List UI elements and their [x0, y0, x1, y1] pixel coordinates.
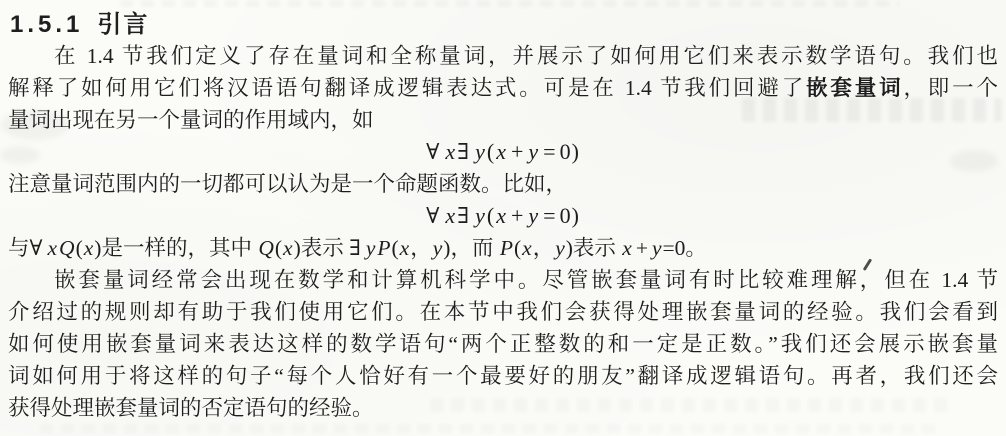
text-segment: =0。: [663, 236, 707, 260]
text-line: 注意量词范围内的一切都可以认为是一个命题函数。比如，: [8, 168, 998, 200]
math-variable: y: [527, 139, 540, 164]
math-variable: y: [554, 236, 566, 260]
text-segment: ，: [533, 236, 555, 260]
math-variable: x: [83, 236, 95, 260]
quantifier-symbol: ∃: [457, 139, 474, 164]
math-variable: x: [521, 236, 533, 260]
text-line: 解释了如何用它们将汉语语句翻译成逻辑表达式。可是在 1.4 节我们回避了嵌套量词…: [8, 72, 998, 104]
math-operator: =: [540, 203, 559, 228]
quantifier-symbol: ∃: [457, 203, 474, 228]
text-line: 介绍过的规则却有助于我们使用它们。在本节中我们会获得处理嵌套量词的经验。我们会看…: [8, 296, 998, 328]
text-line: 与∀xQ(x)是一样的，其中 Q(x)表示 ∃yP(x，y)，而 P(x，y)表…: [8, 232, 998, 264]
math-operator: +: [508, 203, 527, 228]
math-variable: x: [282, 236, 294, 260]
math-variable: x: [47, 236, 59, 260]
text-segment: (: [487, 203, 495, 228]
math-variable: Q: [58, 236, 76, 260]
math-variable: y: [651, 236, 663, 260]
math-variable: Q: [257, 236, 275, 260]
text-line: 嵌套量词经常会出现在数学和计算机科学中。尽管嵌套量词有时比较难理解，但在 1.4…: [8, 264, 998, 296]
math-variable: y: [365, 236, 377, 260]
math-formula: ∀x∃y(x+y=0): [8, 200, 998, 232]
text-segment: 量词出现在另一个量词的作用域内，如: [8, 108, 374, 132]
text-line: 词如何用于将这样的句子“每个人恰好有一个最要好的朋友”翻译成逻辑语句。再者，我们…: [8, 360, 998, 392]
textbook-page: 1.5.1引言 在 1.4 节我们定义了存在量词和全称量词，并展示了如何用它们来…: [0, 0, 1006, 424]
text-segment: ，: [410, 236, 432, 260]
quantifier-symbol: ∀: [30, 236, 47, 260]
text-segment: ，即一个: [903, 76, 998, 100]
math-variable: P: [499, 236, 514, 260]
math-variable: x: [495, 139, 508, 164]
math-variable: x: [495, 203, 508, 228]
bold-key-term: 嵌套量词: [806, 76, 903, 100]
text-segment: )是一样的，其中: [94, 236, 257, 260]
math-variable: x: [444, 139, 457, 164]
text-line: 量词出现在另一个量词的作用域内，如: [8, 104, 998, 136]
text-segment: (: [275, 236, 282, 260]
math-variable: y: [474, 139, 487, 164]
text-segment: (: [487, 139, 495, 164]
text-segment: 解释了如何用它们将汉语语句翻译成逻辑表达式。可是在 1.4 节我们回避了: [8, 76, 806, 100]
text-line: 获得处理嵌套量词的否定语句的经验。: [8, 392, 998, 424]
text-segment: 与: [8, 236, 30, 260]
text-segment: 0): [560, 139, 580, 164]
text-line: 在 1.4 节我们定义了存在量词和全称量词，并展示了如何用它们来表示数学语句。我…: [8, 40, 998, 72]
text-segment: (: [392, 236, 399, 260]
quantifier-symbol: ∀: [426, 203, 444, 228]
math-formula: ∀x∃y(x+y=0): [8, 136, 998, 168]
math-variable: y: [527, 203, 540, 228]
quantifier-symbol: ∀: [426, 139, 444, 164]
text-segment: 如何使用嵌套量词来表达这样的数学语句“两个正整数的和一定是正数。”我们还会展示嵌…: [8, 332, 998, 356]
text-segment: 嵌套量词经常会出现在数学和计算机科学中。尽管嵌套量词有时比较难理解，但在 1.4…: [54, 268, 998, 292]
math-operator: +: [633, 236, 651, 260]
math-operator: =: [540, 139, 559, 164]
math-operator: +: [508, 139, 527, 164]
text-segment: )表示: [294, 236, 350, 260]
body-text: 在 1.4 节我们定义了存在量词和全称量词，并展示了如何用它们来表示数学语句。我…: [8, 40, 998, 424]
section-title: 引言: [97, 11, 149, 38]
quantifier-symbol: ∃: [349, 236, 365, 260]
math-variable: x: [621, 236, 633, 260]
text-segment: 在 1.4 节我们定义了存在量词和全称量词，并展示了如何用它们来表示数学语句。我…: [54, 44, 998, 68]
text-segment: 0): [560, 203, 580, 228]
scan-ghost-text: [40, 424, 940, 433]
text-segment: 获得处理嵌套量词的否定语句的经验。: [8, 396, 374, 420]
text-line: 如何使用嵌套量词来表达这样的数学语句“两个正整数的和一定是正数。”我们还会展示嵌…: [8, 328, 998, 360]
section-number: 1.5.1: [10, 11, 83, 38]
text-segment: )表示: [566, 236, 622, 260]
math-variable: y: [474, 203, 487, 228]
text-segment: (: [76, 236, 83, 260]
math-variable: x: [444, 203, 457, 228]
math-variable: P: [376, 236, 391, 260]
text-segment: 注意量词范围内的一切都可以认为是一个命题函数。比如，: [8, 172, 567, 196]
math-variable: x: [399, 236, 411, 260]
section-heading: 1.5.1引言: [8, 10, 998, 40]
math-variable: y: [432, 236, 444, 260]
text-segment: 介绍过的规则却有助于我们使用它们。在本节中我们会获得处理嵌套量词的经验。我们会看…: [8, 300, 998, 324]
text-segment: 词如何用于将这样的句子“每个人恰好有一个最要好的朋友”翻译成逻辑语句。再者，我们…: [8, 364, 998, 388]
text-segment: )，而: [443, 236, 499, 260]
